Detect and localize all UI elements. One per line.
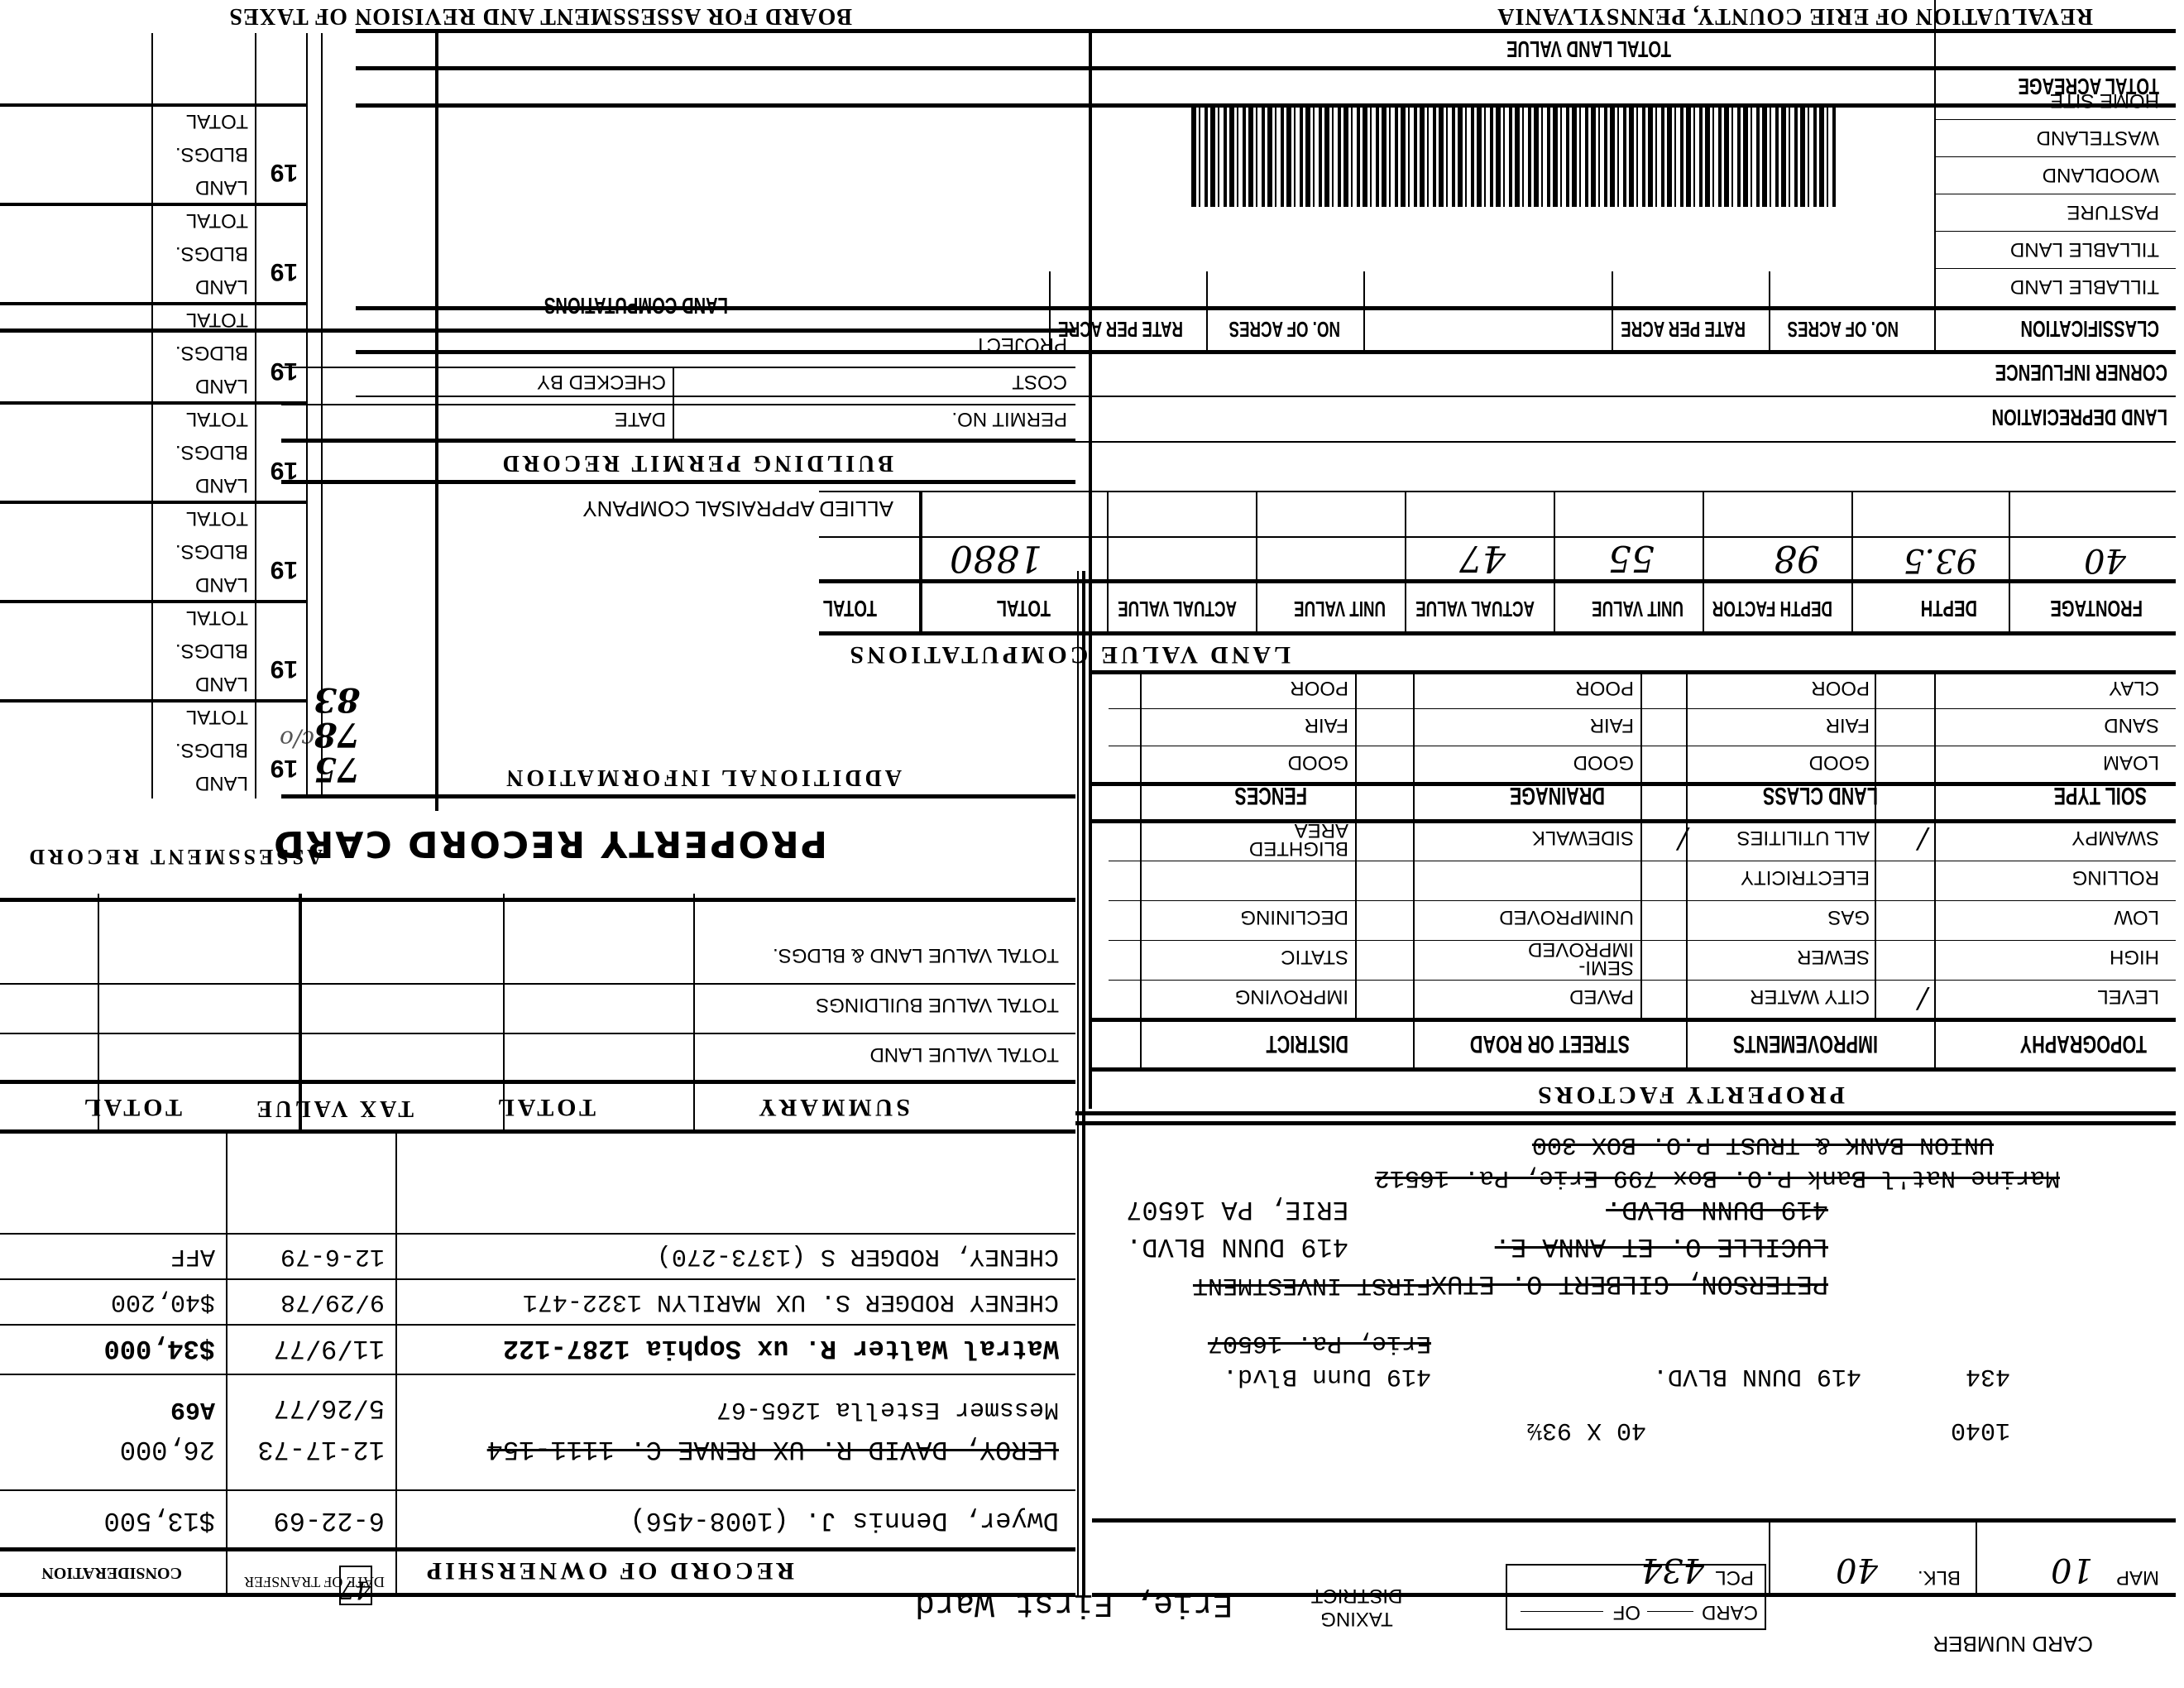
lv-h-total-1: TOTAL xyxy=(997,595,1051,621)
summary-row-buildings: TOTAL VALUE BUILDINGS xyxy=(816,993,1059,1016)
class-h-rate-2: RATE PER ACRE xyxy=(1058,316,1183,342)
current-address-1: 419 DUNN BLVD. xyxy=(1126,1231,1348,1262)
property-record-card: CARD NUMBER CARD OF TAXING DISTRICT Erie… xyxy=(0,0,2184,1688)
property-factors-grid: LEVEL CITY WATER PAVED IMPROVING HIGH SE… xyxy=(1109,821,2176,1019)
pf-all-utilities: ALL UTILITIES xyxy=(1737,826,1870,849)
pf-rolling: ROLLING xyxy=(2072,866,2159,889)
ownership-row: CHENEY, RODGER S (1373-270) 12-6-79 AFF xyxy=(0,1233,1075,1278)
blk-label: BLK. xyxy=(1918,1566,1961,1589)
check-all-utilities[interactable]: / xyxy=(1918,822,1928,856)
lv-h-depth: DEPTH xyxy=(1921,595,1977,621)
assessment-block: 19 LAND BLDGS. TOTAL xyxy=(0,302,306,401)
ownership-rows: Dwyer, Dennis J. (1008-456) 6-22-69 $13,… xyxy=(0,1134,1075,1547)
drain-fair: FAIR xyxy=(1590,713,1634,736)
summary-row-land: TOTAL VALUE LAND xyxy=(869,1043,1059,1066)
taxing-district-value: Erie, First Ward xyxy=(915,1585,1233,1622)
class-poor: POOR xyxy=(1811,676,1870,699)
permit-project-label: PROJECT xyxy=(975,333,1067,356)
lv-h-actual-value: ACTUAL VALUE xyxy=(1415,596,1535,621)
ownership-col-date: DATE OF TRANSFER xyxy=(232,1574,397,1590)
assessment-block: 19 LAND BLDGS. TOTAL xyxy=(0,203,306,302)
check-sidewalk[interactable]: / xyxy=(1679,822,1688,856)
pf-header-district: DISTRICT xyxy=(1266,1029,1348,1057)
corner-influence-label: CORNER INFLUENCE xyxy=(1995,359,2167,386)
lot-dimensions: 40 X 93½ xyxy=(1527,1416,1646,1444)
property-factors-title: PROPERTY FACTORS xyxy=(1535,1081,1845,1109)
class-h-rate-1: RATE PER ACRE xyxy=(1621,316,1746,342)
pf-electricity: ELECTRICITY xyxy=(1741,866,1870,889)
current-address-2: ERIE, PA 16507 xyxy=(1126,1194,1348,1225)
header-right-title: BOARD FOR ASSESSMENT AND REVISION OF TAX… xyxy=(228,2,852,29)
summary-tax-value-1: TAX VALUE xyxy=(253,1095,414,1121)
class-tillable-2: TILLABLE LAND xyxy=(2010,237,2159,261)
class-h-acres-2: NO. OF ACRES xyxy=(1228,316,1340,342)
barcode xyxy=(1191,108,1837,207)
pf-sidewalk: SIDEWALK xyxy=(1532,826,1634,849)
lv-frontage-value[interactable]: 40 xyxy=(2084,541,2126,579)
assessment-block: 19 LAND BLDGS. TOTAL xyxy=(0,699,306,798)
struck-bank-2: UNION BANK & TRUST P.O. BOX 300 xyxy=(1532,1130,1994,1158)
pf-header-street: STREET OR ROAD xyxy=(1470,1029,1630,1057)
pcl-value[interactable]: 434 xyxy=(1641,1551,1704,1589)
map-value[interactable]: 10 xyxy=(2051,1551,2093,1589)
year-75: 75 xyxy=(314,751,360,786)
drain-poor: POOR xyxy=(1575,676,1634,699)
record-card-banner: PROPERTY RECORD CARD xyxy=(281,794,1075,894)
lv-actual-value[interactable]: 47 xyxy=(1459,537,1506,579)
permit-title: BUILDING PERMIT RECORD xyxy=(500,449,893,476)
lv-h-total-2: TOTAL xyxy=(823,595,877,621)
drain-good: GOOD xyxy=(1573,750,1634,774)
fence-fair: FAIR xyxy=(1305,713,1348,736)
soil-loam: LOAM xyxy=(2103,750,2159,774)
pf-blighted-area: BLIGHTED AREA xyxy=(1216,821,1348,857)
blk-value[interactable]: 40 xyxy=(1836,1551,1878,1589)
pf-static: STATIC xyxy=(1281,945,1348,968)
mail-address-1: 419 Dunn Blvd. xyxy=(1223,1362,1431,1390)
permit-no-label: PERMIT NO. xyxy=(951,407,1067,430)
ownership-col-consideration: CONSIDERATION xyxy=(41,1563,182,1582)
ownership-row: CHENEY RODGER S. UX MARILYN 1322-471 9/2… xyxy=(0,1278,1075,1324)
assessment-block: 19 LAND BLDGS. TOTAL xyxy=(0,103,306,203)
ownership-row: Dwyer, Dennis J. (1008-456) 6-22-69 $13,… xyxy=(0,1489,1075,1547)
fence-poor: POOR xyxy=(1290,676,1348,699)
pf-semi-improved: SEMI-IMPROVED xyxy=(1485,940,1634,976)
of-label: OF xyxy=(1613,1600,1640,1623)
summary-total-2: TOTAL xyxy=(81,1093,182,1121)
parcel-short: 434 xyxy=(1966,1362,2010,1390)
class-h-acres-1: NO. OF ACRES xyxy=(1787,316,1899,342)
year-78: 78 xyxy=(314,717,360,751)
land-value-headers: FRONTAGE DEPTH DEPTH FACTOR UNIT VALUE A… xyxy=(819,583,2176,633)
pf-city-water: CITY WATER xyxy=(1750,985,1870,1008)
additional-info-title: ADDITIONAL INFORMATION xyxy=(503,764,902,790)
class-h-classification: CLASSIFICATION xyxy=(2020,315,2159,342)
ownership-row xyxy=(0,1134,1075,1233)
permit-checked-by-label: CHECKED BY xyxy=(537,370,666,393)
property-address: 419 DUNN BLVD. xyxy=(1653,1362,1861,1390)
pf-gas: GAS xyxy=(1827,905,1870,928)
lv-depth-factor-value[interactable]: 98 xyxy=(1774,537,1820,579)
pf-level: LEVEL xyxy=(2097,985,2159,1008)
pf-unimproved: UNIMPROVED xyxy=(1499,905,1634,928)
soil-clay: CLAY xyxy=(2109,676,2159,699)
soil-grid: LOAM GOOD GOOD GOOD SAND FAIR FAIR FAIR … xyxy=(1109,672,2176,784)
assessment-block: 19 LAND BLDGS. TOTAL xyxy=(0,501,306,600)
lv-total-value[interactable]: 1880 xyxy=(950,537,1042,579)
land-depreciation-label: LAND DEPRECIATION xyxy=(1992,404,2167,430)
class-pasture: PASTURE xyxy=(2067,200,2159,223)
owner-code-1040: 1040 xyxy=(1951,1416,2010,1444)
pf-improving: IMPROVING xyxy=(1235,985,1348,1008)
card-number-label: CARD NUMBER xyxy=(1933,1633,2093,1655)
allied-appraisal: ALLIED APPRAISAL COMPANY xyxy=(582,496,893,521)
lv-h-unit-value: UNIT VALUE xyxy=(1592,596,1683,621)
pf-low: LOW xyxy=(2114,905,2159,928)
land-computations-label: LAND COMPUTATIONS xyxy=(544,292,728,319)
struck-bank-1: Marine Nat'l Bank P.O. Box 799 Erie, Pa.… xyxy=(1375,1163,2060,1192)
record-card-title: PROPERTY RECORD CARD xyxy=(272,822,827,865)
assessment-block: 19 LAND BLDGS. TOTAL xyxy=(0,600,306,699)
assessment-blocks: 19 LAND BLDGS. TOTAL 19 LAND BLDGS. TOTA… xyxy=(0,33,306,798)
taxing-district-label: TAXING DISTRICT xyxy=(1291,1584,1423,1630)
class-good: GOOD xyxy=(1809,750,1870,774)
lv-unit-value[interactable]: 55 xyxy=(1608,537,1655,579)
assessment-block: 19 LAND BLDGS. TOTAL xyxy=(0,401,306,501)
pf-paved: PAVED xyxy=(1569,985,1634,1008)
soil-sand: SAND xyxy=(2104,713,2159,736)
pf-sewer: SEWER xyxy=(1797,945,1870,968)
pf-header-topography: TOPOGRAPHY xyxy=(2020,1029,2147,1057)
card-label: CARD xyxy=(1702,1600,1758,1623)
ownership-row: LEROY, DAVID R. UX RENAE C. 1111-154 12-… xyxy=(0,1374,1075,1489)
lv-h-depth-factor: DEPTH FACTOR xyxy=(1712,596,1832,621)
ownership-row: Watral Walter R. ux Sophia 1287-122 11/9… xyxy=(0,1324,1075,1374)
check-city-water[interactable]: / xyxy=(1918,982,1928,1015)
mail-address-2: Erie, Pa. 16507 xyxy=(1208,1329,1431,1357)
summary-row-land-bldgs: TOTAL VALUE LAND & BLDGS. xyxy=(773,943,1059,966)
class-wasteland: WASTELAND xyxy=(2037,126,2159,149)
lv-depth-value[interactable]: 93.5 xyxy=(1904,541,1977,579)
year-83: 83 xyxy=(314,682,360,717)
pf-high: HIGH xyxy=(2110,945,2159,968)
struck-owner-2: LUCILLE O. ET ANNA E. xyxy=(1495,1231,1828,1262)
lv-h-actual-value-2: ACTUAL VALUE xyxy=(1118,596,1237,621)
pcl-label: PCL xyxy=(1715,1566,1754,1589)
permit-cost-label: COST xyxy=(1012,370,1067,393)
struck-owner-1: PETERSON, GILBERT O. ETUX xyxy=(1431,1268,1828,1299)
fence-good: GOOD xyxy=(1288,750,1348,774)
struck-investor: FIRST INVESTMENT xyxy=(1193,1271,1431,1299)
ownership-title: RECORD OF OWNERSHIP xyxy=(424,1556,794,1585)
land-value-title: LAND VALUE COMPUTATIONS xyxy=(846,640,1291,669)
total-land-value-label: TOTAL LAND VALUE xyxy=(1506,36,1671,62)
class-fair: FAIR xyxy=(1826,713,1870,736)
handwritten-years: 75 78 83 xyxy=(314,682,360,786)
lv-h-frontage: FRONTAGE xyxy=(2050,595,2143,621)
map-label: MAP xyxy=(2116,1566,2159,1589)
pf-swampy: SWAMPY xyxy=(2071,826,2159,849)
pf-header-improvements: IMPROVEMENTS xyxy=(1733,1029,1878,1057)
class-woodland: WOODLAND xyxy=(2043,163,2159,186)
header-left-title: REVALUATION OF ERIE COUNTY, PENNSYLVANIA xyxy=(1497,2,2093,29)
class-tillable-1: TILLABLE LAND xyxy=(2010,275,2159,298)
summary-title: SUMMARY xyxy=(755,1093,910,1121)
lv-h-unit-value-2: UNIT VALUE xyxy=(1294,596,1386,621)
struck-owner-3: 419 DUNN BLVD. xyxy=(1606,1194,1828,1225)
assessment-title: ASSESSMENT RECORD xyxy=(26,844,323,869)
pf-declining: DECLINING xyxy=(1240,905,1348,928)
summary-total-1: TOTAL xyxy=(495,1093,596,1121)
permit-date-label: DATE xyxy=(615,407,666,430)
total-acreage-label: TOTAL ACREAGE xyxy=(2018,73,2159,99)
